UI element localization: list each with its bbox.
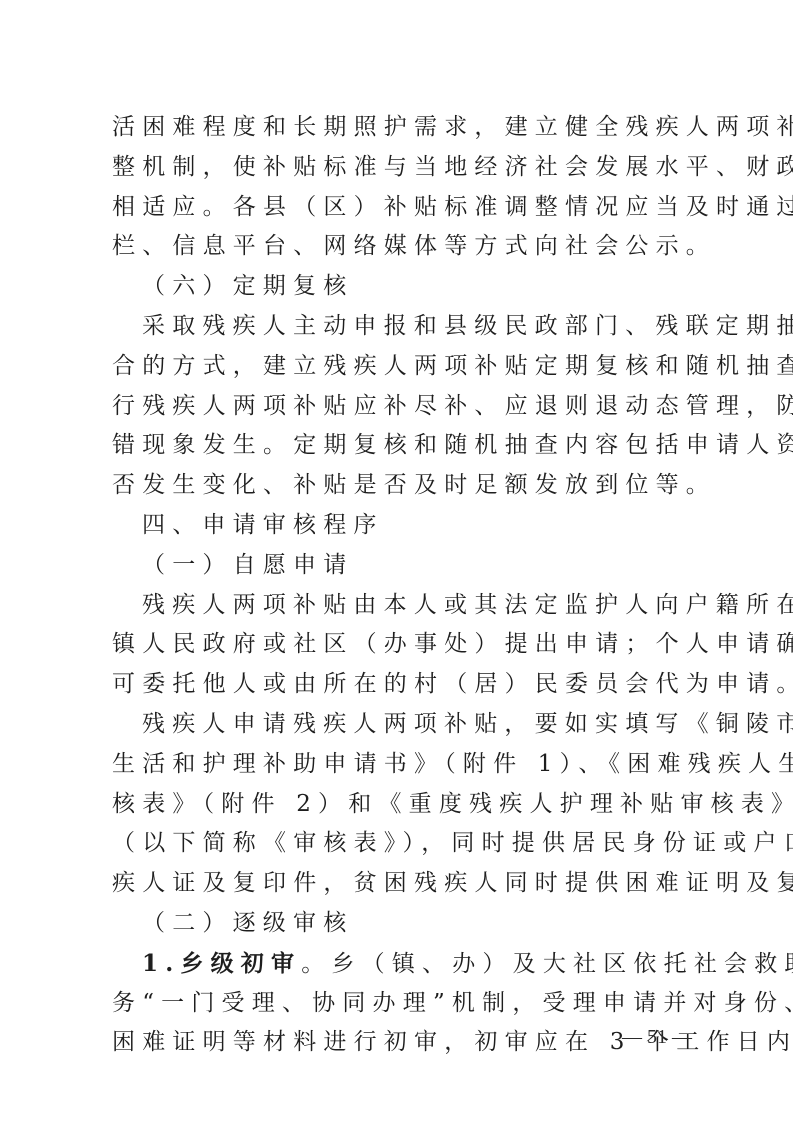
subheading-periodic-review: （六）定期复核 <box>112 267 692 307</box>
text-line: 采取残疾人主动申报和县级民政部门、残联定期抽查相结 <box>112 307 688 347</box>
text-line: 相适应。各县（区）补贴标准调整情况应当及时通过政务公开 <box>112 188 688 228</box>
text-line: 镇人民政府或社区（办事处）提出申请；个人申请确有困难的， <box>112 625 688 665</box>
text-line: 生活和护理补助申请书》（附件 1）、《困难残疾人生活补贴审 <box>112 745 688 785</box>
bold-lead-township-review: 1.乡级初审 <box>142 950 301 977</box>
text-line: 行残疾人两项补贴应补尽补、应退则退动态管理，防止重、漏、 <box>112 387 688 427</box>
text-run: 。乡（镇、办）及大社区依托社会救助、社会服 <box>301 951 793 977</box>
text-line: 务“一门受理、协同办理”机制，受理申请并对身份、残疾等级、 <box>112 984 688 1024</box>
paragraph-subsidy-adjustment: 活困难程度和长期照护需求，建立健全残疾人两项补贴动态调 整机制，使补贴标准与当地… <box>112 108 692 267</box>
text-line: 合的方式，建立残疾人两项补贴定期复核和随机抽查制度，实 <box>112 347 688 387</box>
paragraph-application-materials: 残疾人申请残疾人两项补贴，要如实填写《铜陵市残疾人 生活和护理补助申请书》（附件… <box>112 705 692 904</box>
text-line: 核表》（附件 2）和《重度残疾人护理补贴审核表》（附件 3） <box>112 785 688 825</box>
text-line: 残疾人申请残疾人两项补贴，要如实填写《铜陵市残疾人 <box>112 705 688 745</box>
text-line: 活困难程度和长期照护需求，建立健全残疾人两项补贴动态调 <box>112 108 688 148</box>
text-line: 疾人证及复印件，贫困残疾人同时提供困难证明及复印件。 <box>112 864 688 904</box>
text-line: 整机制，使补贴标准与当地经济社会发展水平、财政承受能力 <box>112 148 688 188</box>
text-line: 错现象发生。定期复核和随机抽查内容包括申请人资格条件是 <box>112 426 688 466</box>
section-heading-application-review: 四、申请审核程序 <box>112 506 692 546</box>
text-line: 1.乡级初审。乡（镇、办）及大社区依托社会救助、社会服 <box>112 944 688 984</box>
paragraph-township-preliminary-review: 1.乡级初审。乡（镇、办）及大社区依托社会救助、社会服 务“一门受理、协同办理”… <box>112 944 692 1063</box>
text-line: 否发生变化、补贴是否及时足额发放到位等。 <box>112 466 688 506</box>
subheading-tiered-review: （二）逐级审核 <box>112 904 692 944</box>
document-page: 活困难程度和长期照护需求，建立健全残疾人两项补贴动态调 整机制，使补贴标准与当地… <box>112 108 692 1063</box>
text-line: （以下简称《审核表》），同时提供居民身份证或户口本、残 <box>112 824 688 864</box>
paragraph-application-submission: 残疾人两项补贴由本人或其法定监护人向户籍所在地的乡 镇人民政府或社区（办事处）提… <box>112 586 692 705</box>
text-line: 栏、信息平台、网络媒体等方式向社会公示。 <box>112 227 688 267</box>
paragraph-periodic-review: 采取残疾人主动申报和县级民政部门、残联定期抽查相结 合的方式，建立残疾人两项补贴… <box>112 307 692 506</box>
subheading-voluntary-application: （一）自愿申请 <box>112 546 692 586</box>
text-line: 残疾人两项补贴由本人或其法定监护人向户籍所在地的乡 <box>112 586 688 626</box>
text-line: 可委托他人或由所在的村（居）民委员会代为申请。 <box>112 665 688 705</box>
page-number-text: — 51 — <box>622 1026 692 1049</box>
text-line: 困难证明等材料进行初审，初审应在 3 个工作日内完成。对符 <box>112 1023 688 1063</box>
